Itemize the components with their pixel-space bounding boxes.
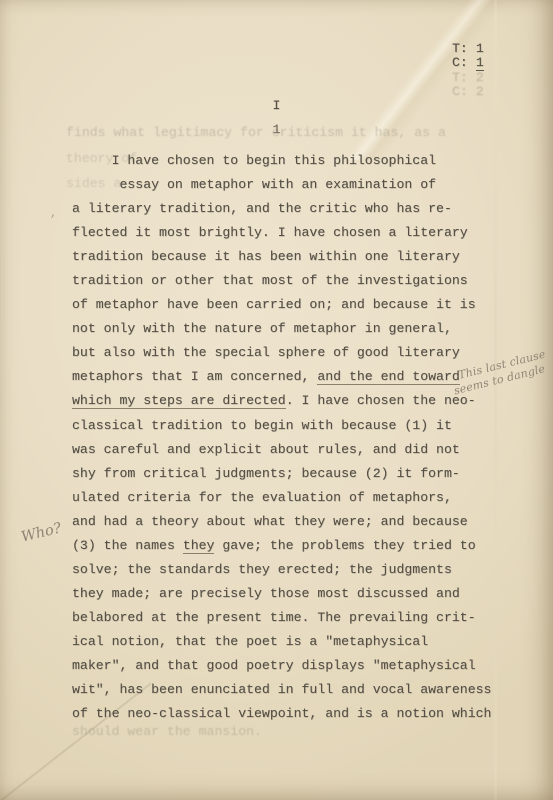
typed-text-segment: (3) the names — [72, 538, 183, 553]
typed-text-segment: flected it most brightly. I have chosen … — [72, 225, 468, 240]
typed-text-segment: tradition because it has been within one… — [72, 249, 460, 264]
typed-text-segment: essay on metaphor with an examination of — [72, 177, 436, 192]
typed-body: I have chosen to begin this philosophica… — [72, 149, 532, 726]
typed-text-segment: not only with the nature of metaphor in … — [72, 321, 452, 336]
typed-line: of metaphor have been carried on; and be… — [72, 293, 532, 317]
ghost-tag-line: C: 2 — [452, 85, 484, 99]
typed-text-segment: gave; the problems they tried to — [214, 538, 475, 553]
typed-text-segment: of metaphor have been carried on; and be… — [72, 297, 476, 312]
typed-text-segment: classical tradition to begin with becaus… — [72, 418, 452, 433]
pencil-underlined-text: and the end toward — [317, 369, 459, 385]
ghost-bleedthrough-line: finds what legitimacy for criticism it h… — [66, 125, 446, 140]
tag-line-t: T:1 — [452, 42, 484, 56]
typed-text-segment: but also with the special sphere of good… — [72, 345, 460, 360]
corner-tags-ghost: T: 2 C: 2 — [452, 71, 484, 98]
typed-line: I have chosen to begin this philosophica… — [72, 149, 532, 173]
typed-line: belabored at the present time. The preva… — [72, 606, 532, 630]
pencil-underlined-text: they — [183, 538, 215, 554]
typed-line: solve; the standards they erected; the j… — [72, 558, 532, 582]
typed-text-segment: tradition or other that most of the inve… — [72, 273, 468, 288]
typed-text-segment: I have chosen to begin this philosophica… — [72, 153, 436, 168]
typescript-page: T:1 C:1 T: 2 C: 2 I 1 finds what legitim… — [0, 0, 553, 800]
typed-line: not only with the nature of metaphor in … — [72, 317, 532, 341]
typed-line: wit", has been enunciated in full and vo… — [72, 678, 532, 702]
typed-text-segment: a literary tradition, and the critic who… — [72, 201, 452, 216]
typed-line: ulated criteria for the evaluation of me… — [72, 486, 532, 510]
typed-line: ical notion, that the poet is a "metaphy… — [72, 630, 532, 654]
typed-line: (3) the names they gave; the problems th… — [72, 534, 532, 558]
typed-text-segment: metaphors that I am concerned, — [72, 369, 317, 384]
ghost-tag-line: T: 2 — [452, 71, 484, 85]
corner-tags: T:1 C:1 T: 2 C: 2 — [452, 42, 484, 98]
pencil-underlined-text: which my steps are directed — [72, 393, 286, 409]
typed-text-segment: was careful and explicit about rules, an… — [72, 442, 460, 457]
typed-text-segment: and had a theory about what they were; a… — [72, 514, 468, 529]
typed-line: tradition because it has been within one… — [72, 245, 532, 269]
typed-line: classical tradition to begin with becaus… — [72, 414, 532, 438]
typed-text-segment: wit", has been enunciated in full and vo… — [72, 682, 491, 697]
typed-line: a literary tradition, and the critic who… — [72, 197, 532, 221]
typed-text-segment: of the neo-classical viewpoint, and is a… — [72, 706, 491, 721]
margin-note-left: Who? — [20, 520, 63, 545]
tag-line-c: C:1 — [452, 56, 484, 70]
typed-line: of the neo-classical viewpoint, and is a… — [72, 702, 532, 726]
typed-line: shy from critical judgments; because (2)… — [72, 462, 532, 486]
typed-line: flected it most brightly. I have chosen … — [72, 221, 532, 245]
typed-text-segment: they made; are precisely those most disc… — [72, 586, 460, 601]
typed-text-segment: belabored at the present time. The preva… — [72, 610, 476, 625]
typed-text-segment: solve; the standards they erected; the j… — [72, 562, 452, 577]
typed-text-segment: . I have chosen the neo- — [286, 393, 476, 408]
typed-line: and had a theory about what they were; a… — [72, 510, 532, 534]
typed-line: maker", and that good poetry displays "m… — [72, 654, 532, 678]
typed-line: tradition or other that most of the inve… — [72, 269, 532, 293]
chapter-numeral: I — [0, 98, 553, 113]
typed-text-segment: ulated criteria for the evaluation of me… — [72, 490, 452, 505]
corner-tag-value: 1 — [476, 41, 484, 56]
typed-line: they made; are precisely those most disc… — [72, 582, 532, 606]
stray-pencil-mark: , — [48, 205, 55, 221]
typed-text-segment: ical notion, that the poet is a "metaphy… — [72, 634, 428, 649]
typed-line: essay on metaphor with an examination of — [72, 173, 532, 197]
typed-line: but also with the special sphere of good… — [72, 341, 532, 365]
typed-text-segment: shy from critical judgments; because (2)… — [72, 466, 460, 481]
typed-line: was careful and explicit about rules, an… — [72, 438, 532, 462]
typed-text-segment: maker", and that good poetry displays "m… — [72, 658, 476, 673]
tag-label: C: — [452, 55, 468, 70]
corner-tag-value: 1 — [476, 55, 484, 71]
ghost-bleedthrough-line: should wear the mansion. — [72, 724, 262, 739]
